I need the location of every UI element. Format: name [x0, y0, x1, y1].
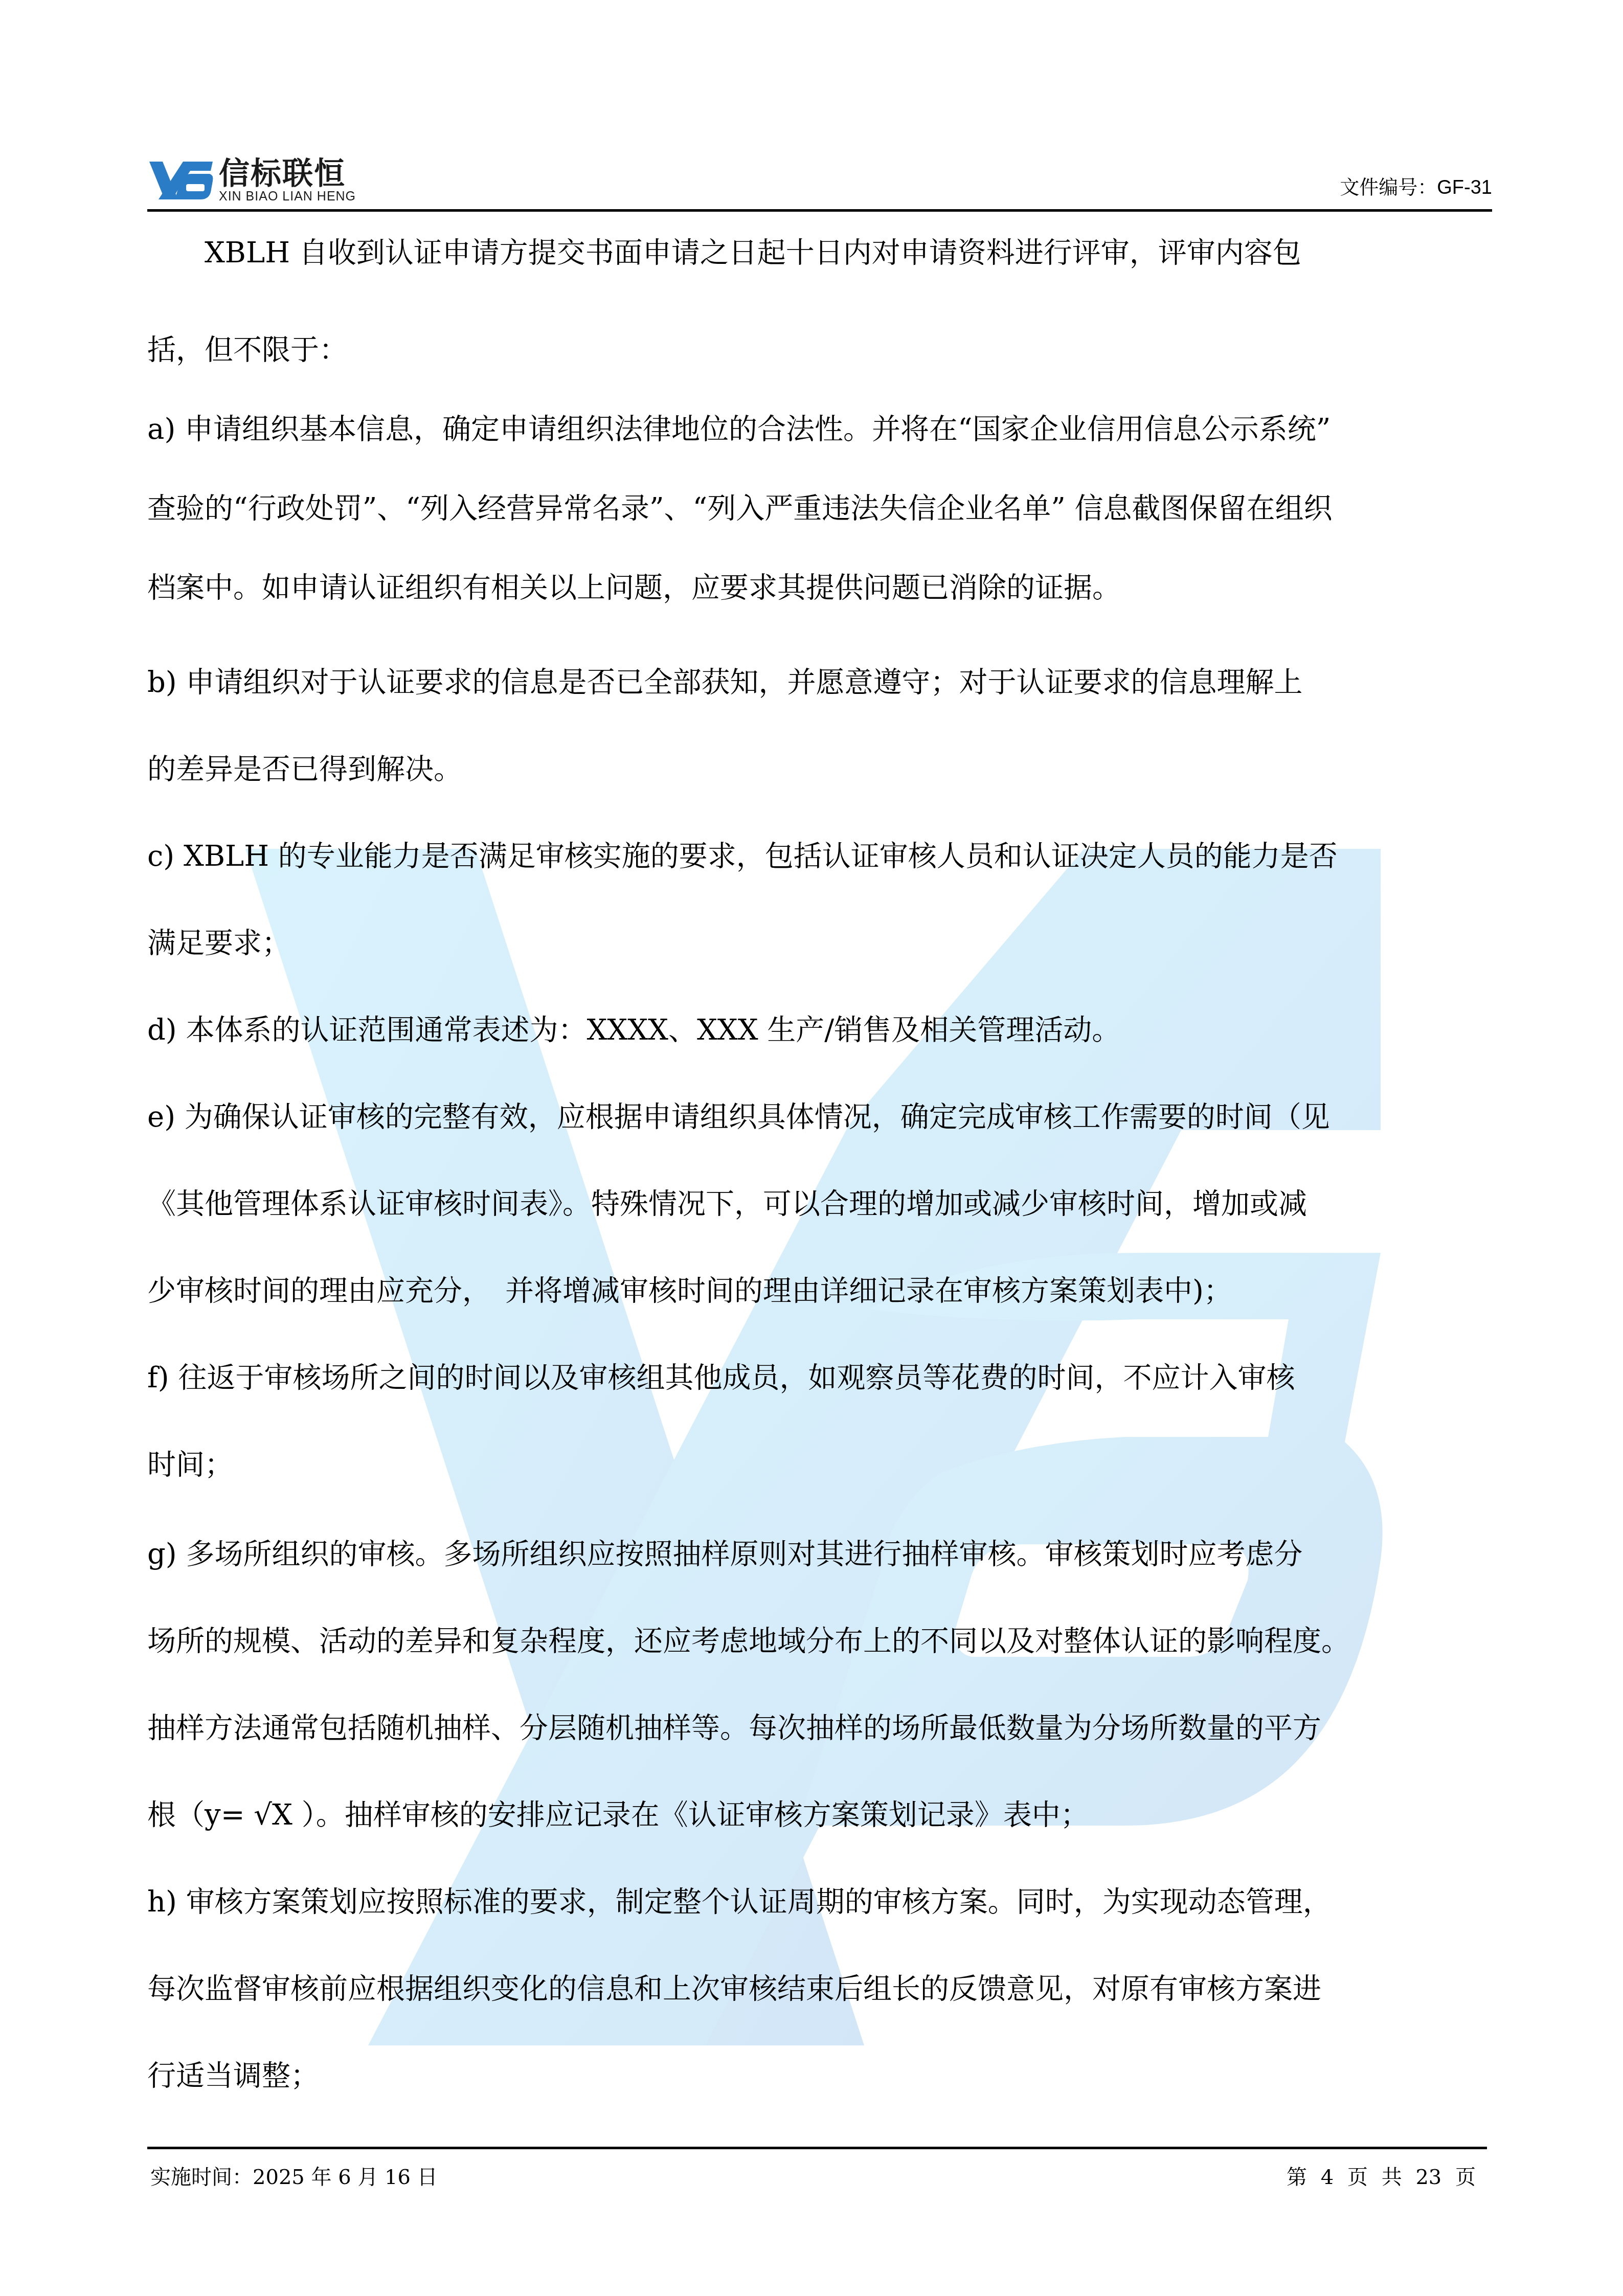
- header-divider: [147, 209, 1331, 212]
- paragraph-line: 时间；: [147, 1445, 233, 1485]
- page-header: 信标联恒 XIN BIAO LIAN HENG 文件编号：GF-31: [147, 153, 1492, 212]
- paragraph-line: e) 为确保认证审核的完整有效，应根据申请组织具体情况，确定完成审核工作需要的时…: [147, 1097, 1330, 1138]
- paragraph-line: 行适当调整；: [147, 2056, 319, 2097]
- paragraph-line: c) XBLH 的专业能力是否满足审核实施的要求，包括认证审核人员和认证决定人员…: [147, 836, 1338, 877]
- paragraph-line: 抽样方法通常包括随机抽样、分层随机抽样等。每次抽样的场所最低数量为分场所数量的平…: [147, 1708, 1321, 1749]
- paragraph-line: 括，但不限于：: [147, 330, 348, 371]
- logo-name-en: XIN BIAO LIAN HENG: [219, 190, 356, 203]
- paragraph-line: g) 多场所组织的审核。多场所组织应按照抽样原则对其进行抽样审核。审核策划时应考…: [147, 1534, 1303, 1575]
- page-footer: 实施时间：2025 年 6 月 16 日 第 4 页 共 23 页: [147, 2143, 1487, 2194]
- document-number-label: 文件编号：: [1340, 176, 1437, 198]
- footer-divider: [147, 2147, 1487, 2149]
- paragraph-line: 《其他管理体系认证审核时间表》。特殊情况下，可以合理的增加或减少审核时间，增加或…: [147, 1184, 1307, 1225]
- paragraph-line: f) 往返于审核场所之间的时间以及审核组其他成员，如观察员等花费的时间，不应计入…: [147, 1358, 1295, 1399]
- logo-name-cn: 信标联恒: [219, 158, 356, 190]
- paragraph-line: 根（y= √X ）。抽样审核的安排应记录在《认证审核方案策划记录》表中；: [147, 1795, 1089, 1836]
- paragraph-line: 场所的规模、活动的差异和复杂程度，还应考虑地域分布上的不同以及对整体认证的影响程…: [147, 1621, 1350, 1662]
- document-number: 文件编号：GF-31: [1340, 171, 1492, 199]
- paragraph-line: b) 申请组织对于认证要求的信息是否已全部获知，并愿意遵守；对于认证要求的信息理…: [147, 662, 1303, 703]
- paragraph-line: XBLH 自收到认证申请方提交书面申请之日起十日内对申请资料进行评审，评审内容包: [147, 233, 1301, 274]
- document-number-value: GF-31: [1437, 177, 1492, 198]
- paragraph-line: 少审核时间的理由应充分， 并将增减审核时间的理由详细记录在审核方案策划表中)；: [147, 1271, 1232, 1312]
- paragraph-line: h) 审核方案策划应按照标准的要求，制定整个认证周期的审核方案。同时，为实现动态…: [147, 1882, 1332, 1923]
- company-logo: 信标联恒 XIN BIAO LIAN HENG: [147, 153, 367, 207]
- paragraph-line: 查验的“行政处罚”、“列入经营异常名录”、“列入严重违法失信企业名单” 信息截图…: [147, 488, 1333, 529]
- effective-date: 实施时间：2025 年 6 月 16 日: [150, 2161, 438, 2190]
- paragraph-line: 的差异是否已得到解决。: [147, 749, 462, 790]
- document-page: 信标联恒 XIN BIAO LIAN HENG 文件编号：GF-31 XBLH …: [0, 0, 1623, 2296]
- paragraph-line: a) 申请组织基本信息，确定申请组织法律地位的合法性。并将在“国家企业信用信息公…: [147, 409, 1331, 450]
- logo-xb-icon: [147, 159, 215, 202]
- paragraph-line: 档案中。如申请认证组织有相关以上问题，应要求其提供问题已消除的证据。: [147, 568, 1121, 609]
- header-divider-right: [1322, 209, 1492, 212]
- paragraph-line: 满足要求；: [147, 923, 290, 964]
- paragraph-line: d) 本体系的认证范围通常表述为：XXXX、XXX 生产/销售及相关管理活动。: [147, 1010, 1120, 1051]
- page-number: 第 4 页 共 23 页: [1287, 2161, 1476, 2190]
- paragraph-line: 每次监督审核前应根据组织变化的信息和上次审核结束后组长的反馈意见，对原有审核方案…: [147, 1969, 1321, 2010]
